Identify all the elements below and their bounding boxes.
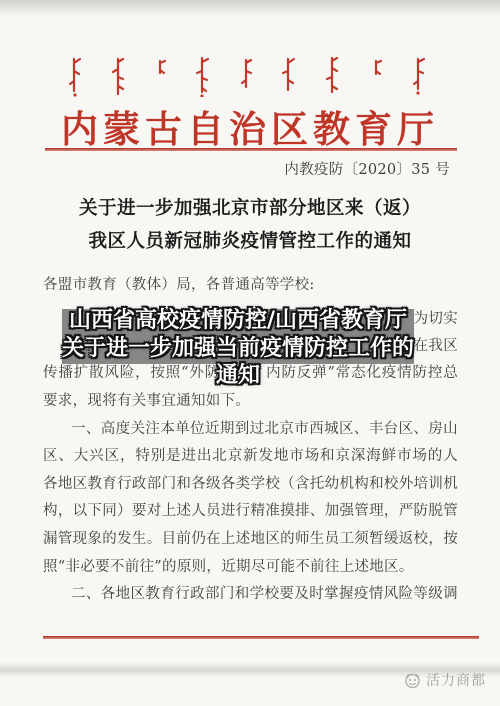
mongolian-script-decoration xyxy=(0,55,500,101)
watermark-label: 活力商都 xyxy=(426,670,486,690)
issuing-authority-name: 内蒙古自治区教育厅 xyxy=(0,99,500,153)
watermark: 活力商都 xyxy=(404,670,486,690)
document-title-line1: 关于进一步加强北京市部分地区来（返） xyxy=(0,192,500,225)
body-line: 区、大兴区，特别是进出北京新发地市场和京深海鲜市场的人员。 xyxy=(43,443,458,471)
document-title: 关于进一步加强北京市部分地区来（返） 我区人员新冠肺炎疫情管控工作的通知 xyxy=(0,192,500,258)
photo-top-edge-shade xyxy=(0,0,500,16)
overlay-caption-line3: 通知 xyxy=(50,362,426,390)
document-body: 要求，现将有关事宜通知如下。 一、高度关注本单位近期到过北京市西城区、丰台区、房… xyxy=(43,388,458,609)
body-line: 构，以下同）要对上述人员进行精准摸排、加强管理，严防脱管 xyxy=(43,498,458,526)
overlay-caption-line1: 山西省高校疫情防控/山西省教育厅 xyxy=(50,307,426,335)
body-line: 各地区教育行政部门和各级各类学校（含托幼机构和校外培训机 xyxy=(43,471,458,499)
red-separator-bottom xyxy=(43,636,479,639)
body-line: 二、各地区教育行政部门和学校要及时掌握疫情风险等级调 xyxy=(43,581,458,609)
salutation-line: 各盟市教育（教体）局，各普通高等学校: xyxy=(43,272,458,299)
mongolian-script-icon xyxy=(60,55,440,97)
document-title-line2: 我区人员新冠肺炎疫情管控工作的通知 xyxy=(0,225,500,258)
censor-overlay-caption: 山西省高校疫情防控/山西省教育厅 关于进一步加强当前疫情防控工作的 通知 xyxy=(50,307,426,390)
red-separator-top xyxy=(45,148,457,151)
watermark-logo-icon xyxy=(404,672,421,689)
document-number: 内教疫防〔2020〕35 号 xyxy=(284,157,450,184)
body-line: 漏管现象的发生。目前仍在上述地区的师生员工须暂缓返校，按 xyxy=(43,526,458,554)
scanned-official-document: 内蒙古自治区教育厅 内教疫防〔2020〕35 号 关于进一步加强北京市部分地区来… xyxy=(0,0,500,706)
body-line: 要求，现将有关事宜通知如下。 xyxy=(43,388,458,416)
body-line: 照“非必要不前往”的原则，近期尽可能不前往上述地区。 xyxy=(43,554,458,582)
overlay-caption-line2: 关于进一步加强当前疫情防控工作的 xyxy=(50,335,426,363)
body-line: 一、高度关注本单位近期到过北京市西城区、丰台区、房山 xyxy=(43,416,458,444)
